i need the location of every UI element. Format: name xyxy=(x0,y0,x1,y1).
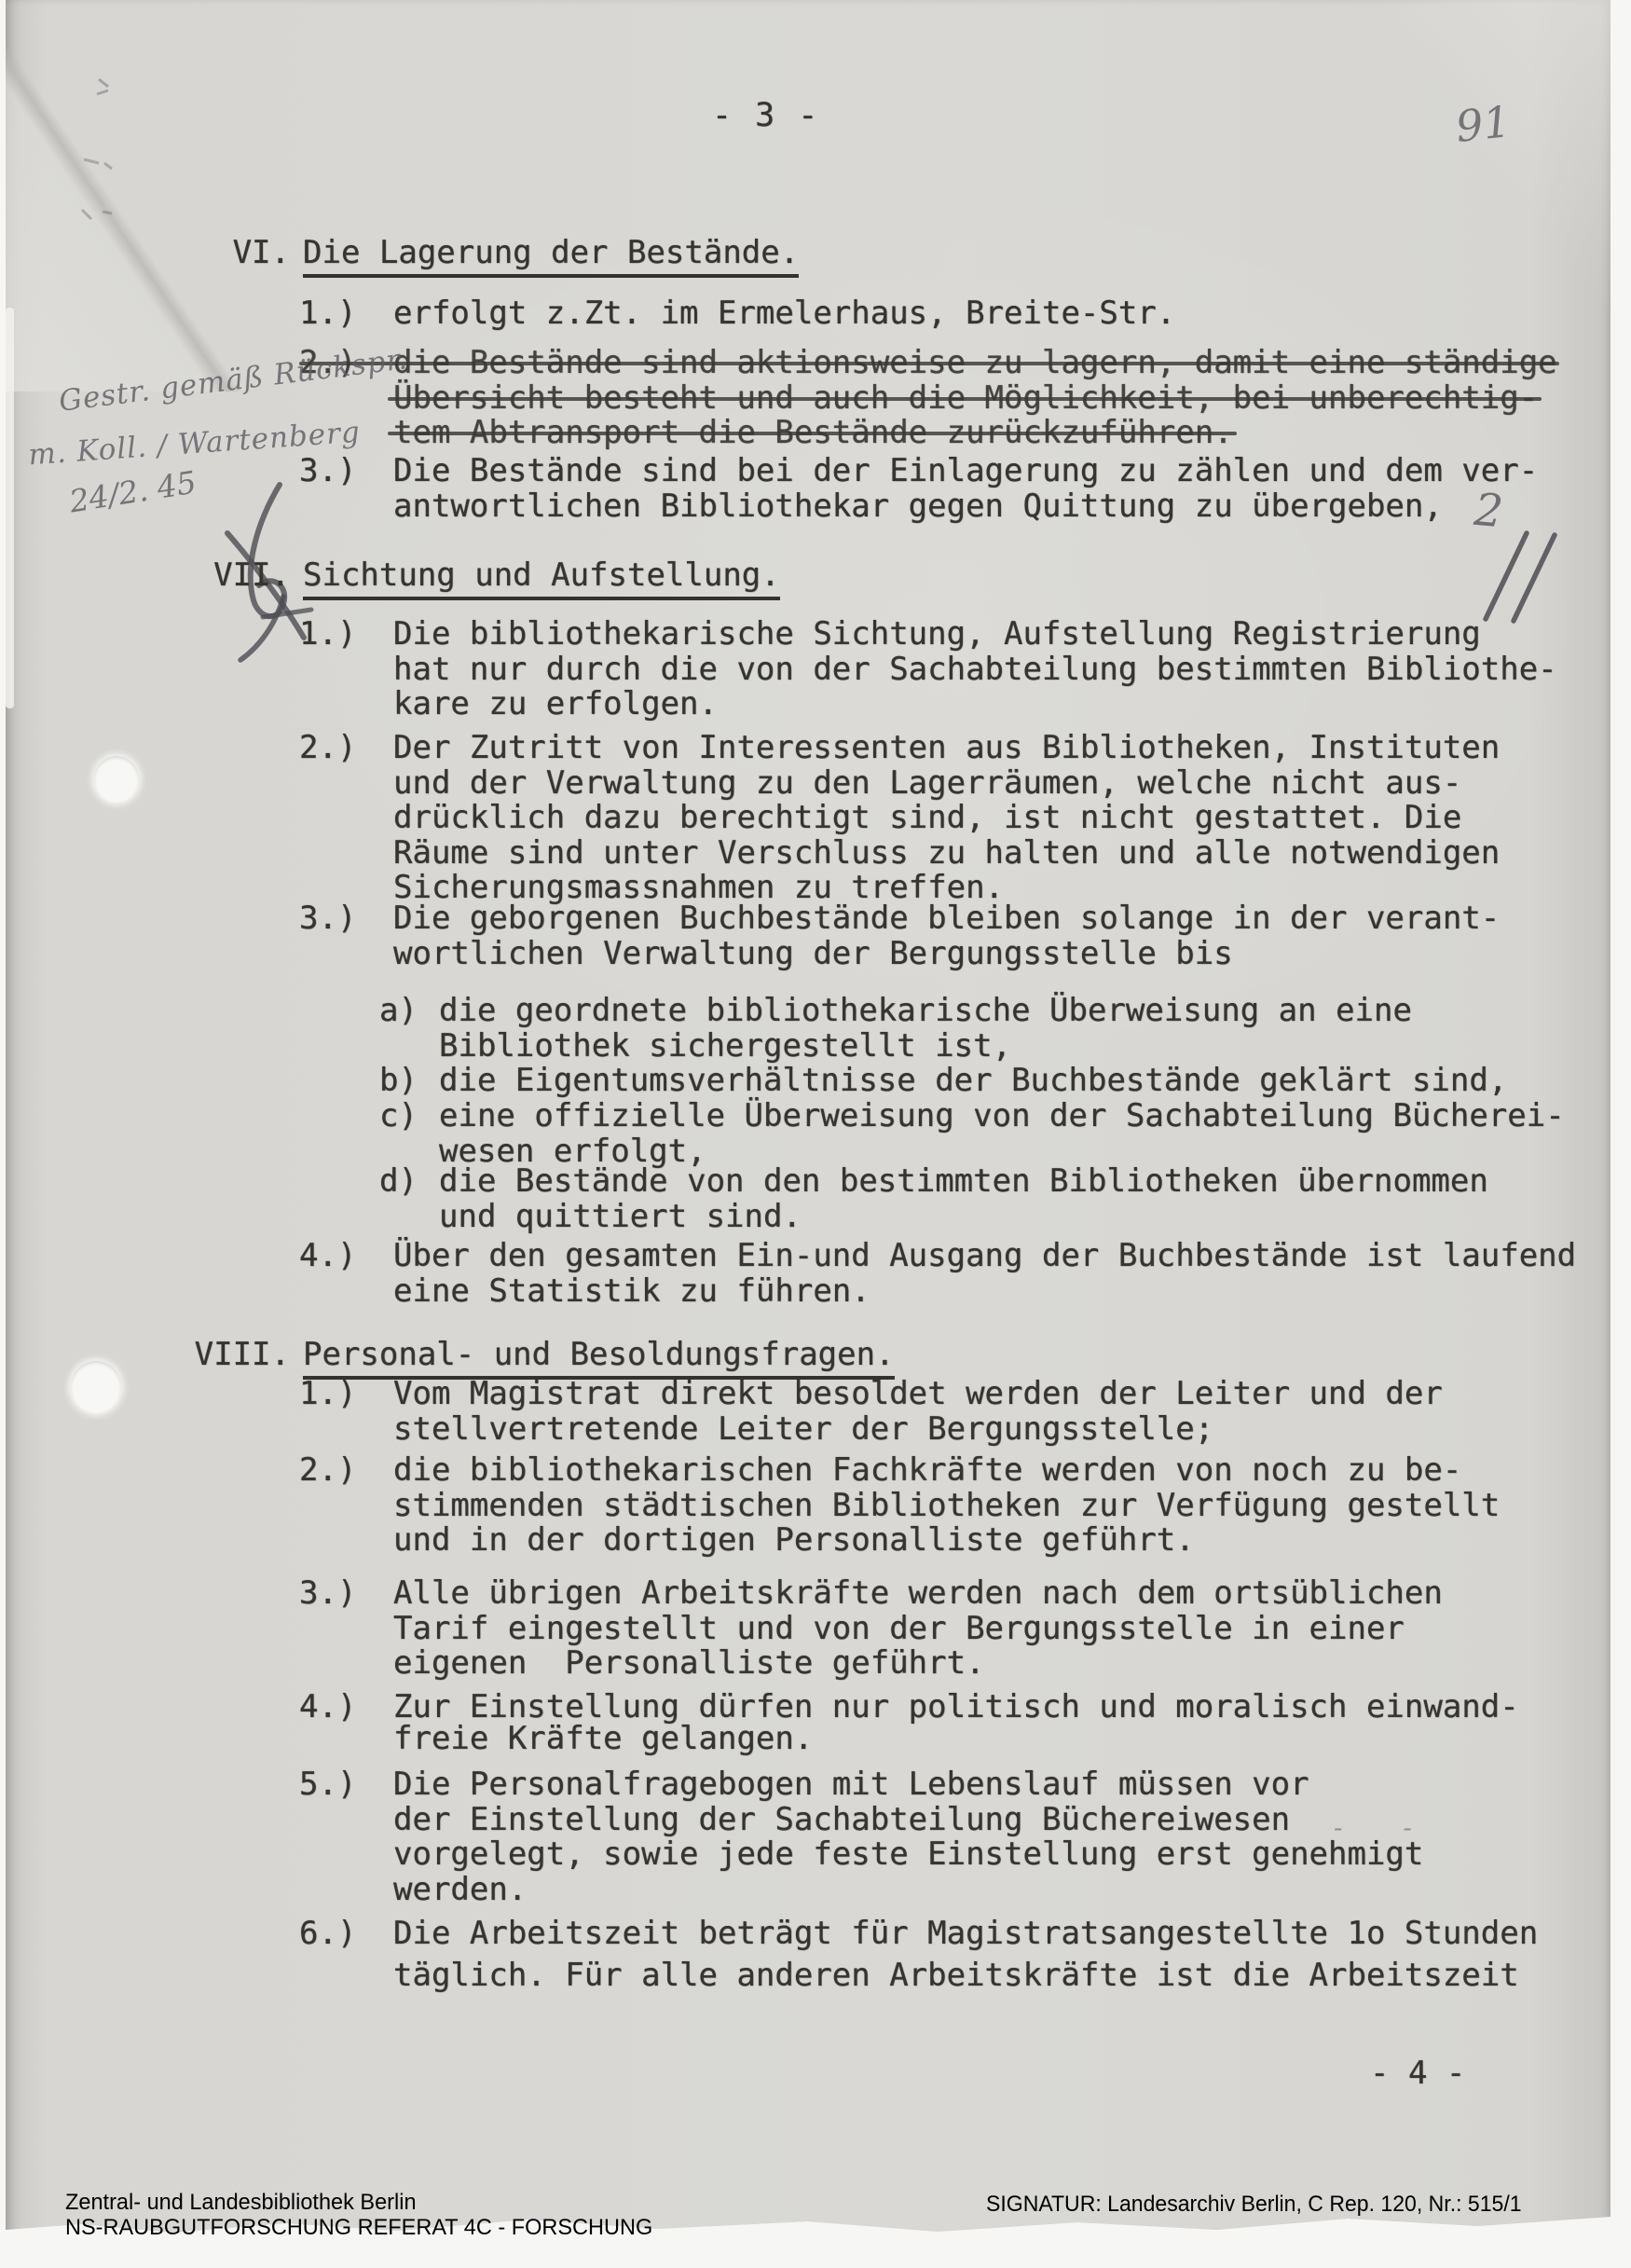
item-vi-2-struck: 2.) die Bestände sind aktionsweise zu la… xyxy=(299,346,1557,451)
text-line: die geordnete bibliothekarische Überweis… xyxy=(439,994,1412,1029)
handwritten-number-2: 2 xyxy=(1473,484,1505,538)
text-line: Die Arbeitszeit beträgt für Magistratsan… xyxy=(393,1913,1538,1955)
catchword-next-page: - 4 - xyxy=(1370,2056,1465,2092)
text-line: hat nur durch die von der Sachabteilung … xyxy=(393,653,1557,688)
text-line: die Bestände von den bestimmten Biblioth… xyxy=(439,1164,1488,1200)
text-line: und der Verwaltung zu den Lagerräumen, w… xyxy=(393,766,1461,802)
item-vi-1: 1.) erfolgt z.Zt. im Ermelerhaus, Breite… xyxy=(299,296,1175,332)
item-marker: 1.) xyxy=(299,296,393,332)
text-line: stimmenden städtischen Bibliotheken zur … xyxy=(393,1489,1500,1524)
text-line: eine offizielle Überweisung von der Sach… xyxy=(439,1099,1565,1134)
footer-institution-line2: NS-RAUBGUTFORSCHUNG REFERAT 4C - FORSCHU… xyxy=(65,2215,652,2240)
item-marker: 6.) xyxy=(299,1913,393,1997)
section-numeral: VI. xyxy=(164,236,290,271)
text-line-struck: tem Abtransport die Bestände zurückzufüh… xyxy=(393,416,1233,451)
subitem-d: d) die Bestände von den bestimmten Bibli… xyxy=(379,1164,1488,1234)
page-number: - 3 - xyxy=(712,99,819,134)
item-vi-3: 3.) Die Bestände sind bei der Einlagerun… xyxy=(299,454,1538,524)
subitem-b: b) die Eigentumsverhältnisse der Buchbes… xyxy=(379,1064,1507,1099)
stray-pencil-dashes: - - xyxy=(1334,1812,1438,1843)
item-marker: 3.) xyxy=(299,454,393,524)
item-viii-3: 3.) Alle übrigen Arbeitskräfte werden na… xyxy=(299,1576,1443,1682)
margin-note-date: 24/2. 45 xyxy=(67,464,199,520)
item-viii-6: 6.) Die Arbeitszeit beträgt für Magistra… xyxy=(299,1913,1538,1997)
item-vii-2: 2.) Der Zutritt von Interessenten aus Bi… xyxy=(299,731,1500,906)
text-line: Der Zutritt von Interessenten aus Biblio… xyxy=(393,731,1500,766)
text-line: der Einstellung der Sachabteilung Bücher… xyxy=(393,1803,1290,1838)
fold-crease xyxy=(6,0,285,392)
item-viii-2: 2.) die bibliothekarischen Fachkräfte we… xyxy=(299,1453,1500,1559)
text-line: vorgelegt, sowie jede feste Einstellung … xyxy=(393,1837,1423,1873)
item-marker: 2.) xyxy=(299,731,393,906)
text-line: und quittiert sind. xyxy=(439,1200,802,1235)
text-line: werden. xyxy=(393,1873,527,1908)
item-vii-1: 1.) Die bibliothekarische Sichtung, Aufs… xyxy=(299,617,1557,722)
punch-hole xyxy=(94,756,139,803)
corner-highlight xyxy=(1368,0,1610,392)
text-line: Räume sind unter Verschluss zu halten un… xyxy=(393,836,1500,872)
item-marker: 5.) xyxy=(299,1767,393,1907)
text-line: Die Bestände sind bei der Einlagerung zu… xyxy=(393,454,1538,489)
text-line: Bibliothek sichergestellt ist, xyxy=(439,1029,1011,1065)
text-line: Alle übrigen Arbeitskräfte werden nach d… xyxy=(393,1576,1443,1612)
text-line: wortlichen Verwaltung der Bergungsstelle… xyxy=(393,937,1233,972)
text-line: stellvertretende Leiter der Bergungsstel… xyxy=(393,1412,1213,1448)
text-line: Die bibliothekarische Sichtung, Aufstell… xyxy=(393,617,1481,653)
text-line: Tarif eingestellt und von der Bergungsst… xyxy=(393,1612,1405,1647)
item-viii-5: 5.) Die Personalfragebogen mit Lebenslau… xyxy=(299,1767,1423,1907)
item-vii-4: 4.) Über den gesamten Ein-und Ausgang de… xyxy=(299,1239,1576,1309)
text-line: Die geborgenen Buchbestände bleiben sola… xyxy=(393,901,1500,937)
footer-institution-line1: Zentral- und Landesbibliothek Berlin xyxy=(65,2190,652,2215)
subitem-c: c) eine offizielle Überweisung von der S… xyxy=(379,1099,1565,1169)
section-heading-vii: VII. Sichtung und Aufstellung. xyxy=(164,558,780,600)
item-marker: c) xyxy=(379,1099,439,1169)
text-line: Über den gesamten Ein-und Ausgang der Bu… xyxy=(393,1239,1576,1274)
item-marker: a) xyxy=(379,994,439,1064)
item-marker: 3.) xyxy=(299,901,393,971)
section-numeral: VIII. xyxy=(164,1338,290,1373)
item-marker: 4.) xyxy=(299,1691,393,1754)
section-title: Die Lagerung der Bestände. xyxy=(303,236,799,278)
text-line-struck: die Bestände sind aktionsweise zu lagern… xyxy=(393,346,1557,381)
subitem-a: a) die geordnete bibliothekarische Überw… xyxy=(379,994,1412,1064)
item-marker: b) xyxy=(379,1064,439,1099)
item-viii-4: 4.) Zur Einstellung dürfen nur politisch… xyxy=(299,1691,1519,1754)
text-line: die bibliothekarischen Fachkräfte werden… xyxy=(393,1453,1461,1489)
footer-signature: SIGNATUR: Landesarchiv Berlin, C Rep. 12… xyxy=(986,2192,1522,2218)
text-line: eine Statistik zu führen. xyxy=(393,1274,870,1310)
paper-sheet: - 3 - 91 VI. Die Lagerung der Bestände. … xyxy=(6,0,1610,2237)
punch-hole xyxy=(71,1361,121,1413)
item-marker: 1.) xyxy=(299,1377,393,1447)
text-line-struck: Übersicht besteht und auch die Möglichke… xyxy=(393,381,1538,417)
text-line: antwortlichen Bibliothekar gegen Quittun… xyxy=(393,489,1443,525)
scanned-document-page: - 3 - 91 VI. Die Lagerung der Bestände. … xyxy=(0,0,1631,2268)
footer-institution: Zentral- und Landesbibliothek Berlin NS-… xyxy=(65,2190,652,2240)
text-line: Zur Einstellung dürfen nur politisch und… xyxy=(393,1691,1519,1723)
section-numeral: VII. xyxy=(164,558,290,594)
handwritten-folio-number: 91 xyxy=(1453,96,1513,152)
section-title: Personal- und Besoldungsfragen. xyxy=(303,1338,895,1380)
text-line: freie Kräfte gelangen. xyxy=(393,1723,813,1754)
text-line: eigenen Personalliste geführt. xyxy=(393,1646,985,1682)
item-vii-3: 3.) Die geborgenen Buchbestände bleiben … xyxy=(299,901,1500,971)
text-line: täglich. Für alle anderen Arbeitskräfte … xyxy=(393,1955,1519,1997)
item-marker: d) xyxy=(379,1164,439,1234)
text-line: drücklich dazu berechtigt sind, ist nich… xyxy=(393,801,1461,836)
text-line: kare zu erfolgen. xyxy=(393,687,718,722)
text-line: die Eigentumsverhältnisse der Buchbestän… xyxy=(439,1064,1507,1099)
text-line: erfolgt z.Zt. im Ermelerhaus, Breite-Str… xyxy=(393,296,1175,332)
text-line: Die Personalfragebogen mit Lebenslauf mü… xyxy=(393,1767,1309,1803)
item-marker: 1.) xyxy=(299,617,393,722)
pencil-specks-icon xyxy=(71,70,136,238)
item-marker: 2.) xyxy=(299,1453,393,1559)
section-heading-vi: VI. Die Lagerung der Bestände. xyxy=(164,236,799,278)
section-heading-viii: VIII. Personal- und Besoldungsfragen. xyxy=(164,1338,895,1380)
double-slash-mark-icon xyxy=(1474,528,1563,625)
text-line: Vom Magistrat direkt besoldet werden der… xyxy=(393,1377,1443,1412)
text-line: und in der dortigen Personalliste geführ… xyxy=(393,1523,1195,1559)
item-viii-1: 1.) Vom Magistrat direkt besoldet werden… xyxy=(299,1377,1443,1447)
section-title: Sichtung und Aufstellung. xyxy=(303,558,780,600)
item-marker: 3.) xyxy=(299,1576,393,1682)
paper-edge-sliver xyxy=(6,308,14,708)
item-marker: 4.) xyxy=(299,1239,393,1309)
